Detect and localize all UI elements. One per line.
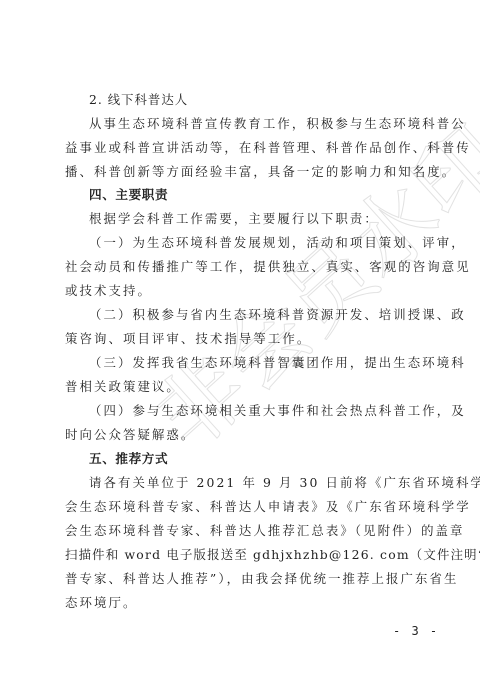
paragraph-line: 会生态环境科普专家、科普达人推荐汇总表》（见附件）的盖章 [65,523,427,539]
page-number: - 3 - [393,624,439,638]
paragraph-line: 态环境厅。 [65,595,427,611]
paragraph-line: 扫描件和 word 电子版报送至 gdhjxhzhb@126. com（文件注明… [65,547,427,563]
paragraph-line: 普专家、科普达人推荐”），由我会择优统一推荐上报广东省生 [65,571,427,587]
paragraph-line: （一）为生态环境科普发展规划，活动和项目策划、评审， [89,235,427,251]
paragraph-line: 从事生态环境科普宣传教育工作，积极参与生态环境科普公 [89,116,427,132]
paragraph-line: 益事业或科普宣讲活动等，在科普管理、科普作品创作、科普传 [65,140,427,156]
paragraph-line: （二）积极参与省内生态环境科普资源开发、培训授课、政 [89,307,427,323]
paragraph-line: （四）参与生态环境相关重大事件和社会热点科普工作，及 [89,403,427,419]
paragraph-line: 社会动员和传播推广等工作，提供独立、真实、客观的咨询意见 [65,259,427,275]
paragraph-line: （三）发挥我省生态环境科普智囊团作用，提出生态环境科 [89,355,427,371]
paragraph-line: 策咨询、项目评审、技术指导等工作。 [65,331,427,347]
heading-duties: 四、主要职责 [89,187,451,203]
paragraph-line: 时向公众答疑解惑。 [65,427,427,443]
paragraph-line: 普相关政策建议。 [65,379,427,395]
paragraph-line: 会生态环境科普专家、科普达人申请表》及《广东省环境科学学 [65,499,427,515]
paragraph-line: 请各有关单位于 2021 年 9 月 30 日前将《广东省环境科学学 [89,475,427,491]
document-page: 非会员水印 2. 线下科普达人 从事生态环境科普宣传教育工作，积极参与生态环境科… [0,0,480,679]
heading-recommend: 五、推荐方式 [89,451,451,467]
paragraph-line: 或技术支持。 [65,283,427,299]
section-title: 2. 线下科普达人 [89,92,451,108]
paragraph-line: 播、科普创新等方面经验丰富，具备一定的影响力和知名度。 [65,164,427,180]
paragraph-line: 根据学会科普工作需要，主要履行以下职责： [89,211,427,227]
